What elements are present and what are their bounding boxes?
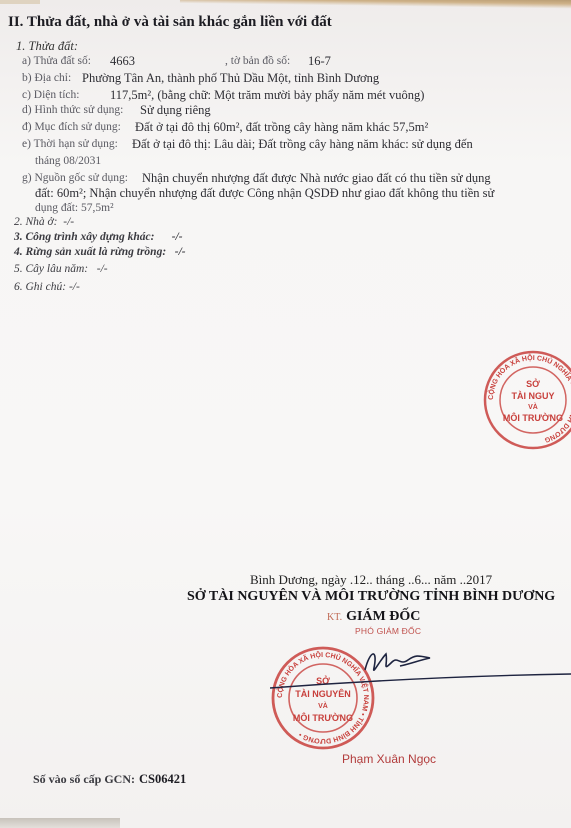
other-constructions-label: 3. Công trình xây dựng khác: -/-: [14, 231, 183, 243]
svg-text:MÔI TRƯỜNG: MÔI TRƯỜNG: [293, 712, 353, 723]
handwritten-signature: [270, 640, 571, 700]
issuing-organization: SỞ TÀI NGUYÊN VÀ MÔI TRƯỜNG TỈNH BÌNH DƯ…: [187, 589, 555, 605]
section-title: II. Thửa đất, nhà ở và tài sản khác gắn …: [8, 14, 332, 31]
svg-text:TÀI NGUY: TÀI NGUY: [511, 391, 554, 401]
svg-text:VÀ: VÀ: [318, 701, 328, 710]
usage-origin-value-1: Nhận chuyển nhượng đất được Nhà nước gia…: [142, 171, 491, 186]
usage-origin-value-2: đất: 60m²; Nhận chuyển nhượng đất được C…: [35, 186, 494, 201]
area-value: 117,5m², (bằng chữ: Một trăm mười bảy ph…: [110, 88, 424, 103]
usage-form-value: Sử dụng riêng: [140, 103, 211, 118]
map-sheet-value: 16-7: [308, 54, 331, 69]
usage-origin-value-3: dụng đất: 57,5m²: [35, 202, 114, 214]
paper-edge-corner: [0, 0, 40, 4]
usage-purpose-label: đ) Mục đích sử dụng:: [22, 121, 121, 133]
map-sheet-label: , tờ bản đồ số:: [225, 55, 290, 67]
place-and-date: Bình Dương, ngày .12.. tháng ..6... năm …: [250, 572, 492, 588]
paper-edge-bottom: [0, 818, 120, 828]
position-line: KT. GIÁM ĐỐC: [327, 607, 420, 625]
position-title: GIÁM ĐỐC: [346, 609, 420, 624]
registry-number: Số vào sổ cấp GCN: CS06421: [33, 770, 186, 788]
usage-origin-label: g) Nguồn gốc sử dụng:: [22, 172, 128, 184]
parcel-number-label: a) Thửa đất số:: [22, 55, 91, 67]
usage-term-label: e) Thời hạn sử dụng:: [22, 138, 118, 150]
address-label: b) Địa chỉ:: [22, 72, 71, 84]
svg-text:MÔI TRƯỜNG: MÔI TRƯỜNG: [503, 412, 563, 423]
parcel-number-value: 4663: [110, 54, 135, 69]
planted-forest-label: 4. Rừng sản xuất là rừng trồng: -/-: [14, 246, 186, 258]
notes-label: 6. Ghi chú: -/-: [14, 281, 80, 293]
certificate-page: II. Thửa đất, nhà ở và tài sản khác gắn …: [0, 0, 571, 828]
vice-position: PHÓ GIÁM ĐỐC: [355, 626, 421, 636]
signer-name: Phạm Xuân Ngọc: [342, 752, 436, 766]
paper-edge-top: [180, 0, 571, 9]
house-label: 2. Nhà ở: -/-: [14, 216, 74, 228]
usage-term-value-2: tháng 08/2031: [35, 155, 101, 167]
edge-seal-stamp: CỘNG HÒA XÃ HỘI CHỦ NGHĨA • TỈNH BÌNH DƯ…: [478, 345, 571, 455]
address-value: Phường Tân An, thành phố Thủ Dầu Một, tỉ…: [82, 71, 379, 86]
svg-text:SỞ: SỞ: [526, 378, 540, 389]
svg-text:VÀ: VÀ: [528, 402, 538, 411]
parcel-heading: 1. Thửa đất:: [16, 39, 78, 54]
usage-form-label: d) Hình thức sử dụng:: [22, 104, 123, 116]
usage-purpose-value: Đất ở tại đô thị 60m², đất trồng cây hàn…: [135, 120, 428, 135]
position-prefix: KT.: [327, 612, 342, 623]
area-label: c) Diện tích:: [22, 89, 79, 101]
perennial-trees-label: 5. Cây lâu năm: -/-: [14, 263, 108, 275]
registry-value: CS06421: [139, 772, 186, 786]
usage-term-value-1: Đất ở tại đô thị: Lâu dài; Đất trồng cây…: [132, 137, 473, 152]
registry-label: Số vào sổ cấp GCN:: [33, 772, 135, 786]
